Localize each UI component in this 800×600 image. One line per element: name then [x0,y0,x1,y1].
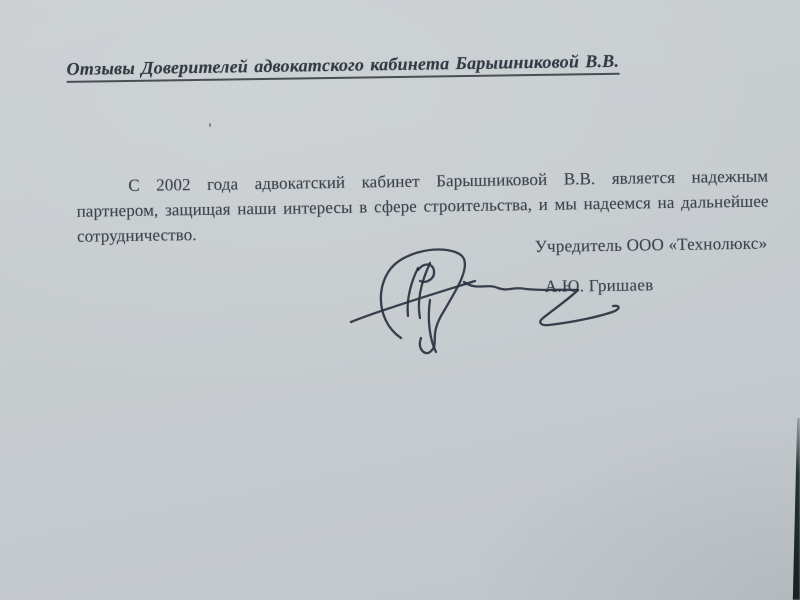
signatory-name: А.Ю. Гришаев [545,275,654,297]
document-title: Отзывы Доверителей адвокатского кабинета… [66,51,619,80]
dust-speck [209,123,211,127]
photographed-document: Отзывы Доверителей адвокатского кабинета… [0,0,800,600]
document-title-text: Отзывы Доверителей адвокатского кабинета… [66,51,619,83]
document-content: Отзывы Доверителей адвокатского кабинета… [0,0,800,600]
